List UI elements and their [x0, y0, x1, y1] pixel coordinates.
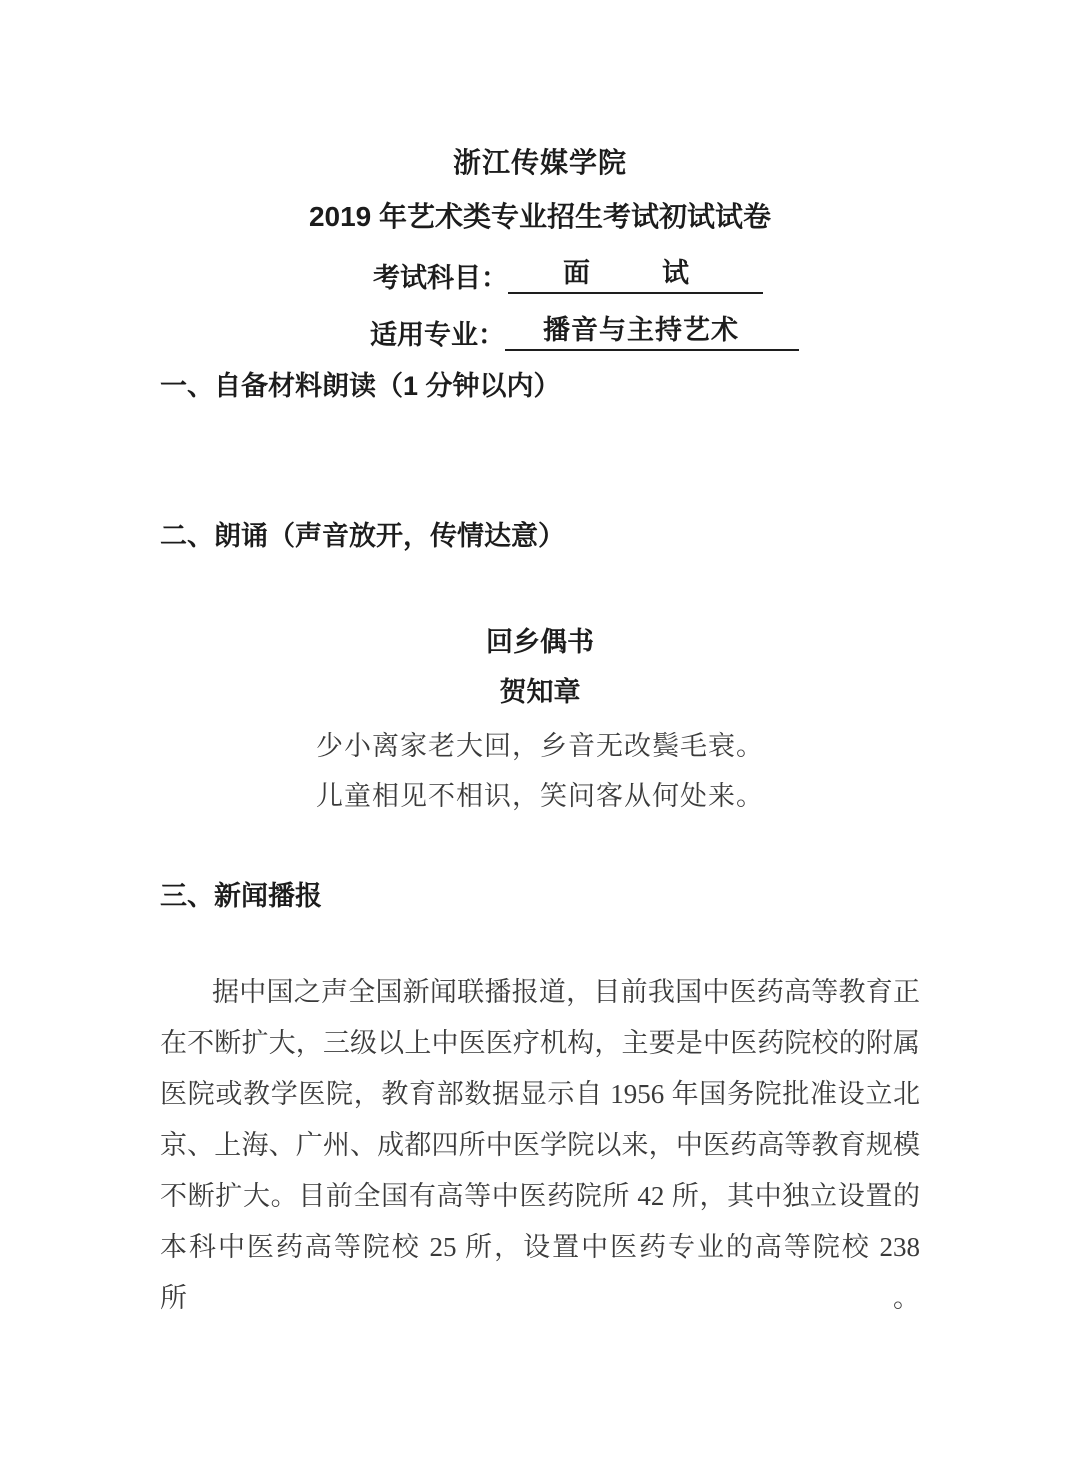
subject-value: 面试 — [508, 257, 763, 294]
news-line: 据中国之声全国新闻联播报道，目前我国中医药高等教育正 — [160, 967, 920, 1018]
news-line: 京、上海、广州、成都四所中医学院以来，中医药高等教育规模 — [160, 1120, 920, 1171]
school-name: 浙江传媒学院 — [160, 148, 920, 178]
news-paragraph: 据中国之声全国新闻联播报道，目前我国中医药高等教育正 在不断扩大，三级以上中医医… — [160, 967, 920, 1324]
poem-block: 回乡偶书 贺知章 少小离家老大回，乡音无改鬓毛衰。 儿童相见不相识，笑问客从何处… — [160, 627, 920, 811]
section-2-heading: 二、朗诵（声音放开，传情达意） — [160, 521, 920, 551]
subject-label: 考试科目： — [373, 262, 508, 294]
major-value: 播音与主持艺术 — [505, 314, 799, 351]
exam-paper-page: 浙江传媒学院 2019 年艺术类专业招生考试初试试卷 考试科目：面试 适用专业：… — [0, 0, 1080, 1460]
poem-author: 贺知章 — [160, 677, 920, 707]
section-1-heading: 一、自备材料朗读（1 分钟以内） — [160, 371, 920, 401]
exam-title: 2019 年艺术类专业招生考试初试试卷 — [160, 202, 920, 232]
poem-line: 少小离家老大回，乡音无改鬓毛衰。 — [160, 731, 920, 761]
major-label: 适用专业： — [370, 319, 505, 351]
section-3-heading: 三、新闻播报 — [160, 881, 920, 911]
news-line: 不断扩大。目前全国有高等中医药院所 42 所，其中独立设置的 — [160, 1171, 920, 1222]
news-line: 在不断扩大，三级以上中医医疗机构，主要是中医药院校的附属 — [160, 1018, 920, 1069]
poem-title: 回乡偶书 — [160, 627, 920, 657]
news-line: 本科中医药高等院校 25 所，设置中医药专业的高等院校 238 所。 — [160, 1222, 920, 1324]
news-line: 医院或教学医院，教育部数据显示自 1956 年国务院批准设立北 — [160, 1069, 920, 1120]
subject-row: 考试科目：面试 — [373, 257, 920, 294]
poem-line: 儿童相见不相识，笑问客从何处来。 — [160, 781, 920, 811]
major-row: 适用专业：播音与主持艺术 — [370, 314, 920, 351]
